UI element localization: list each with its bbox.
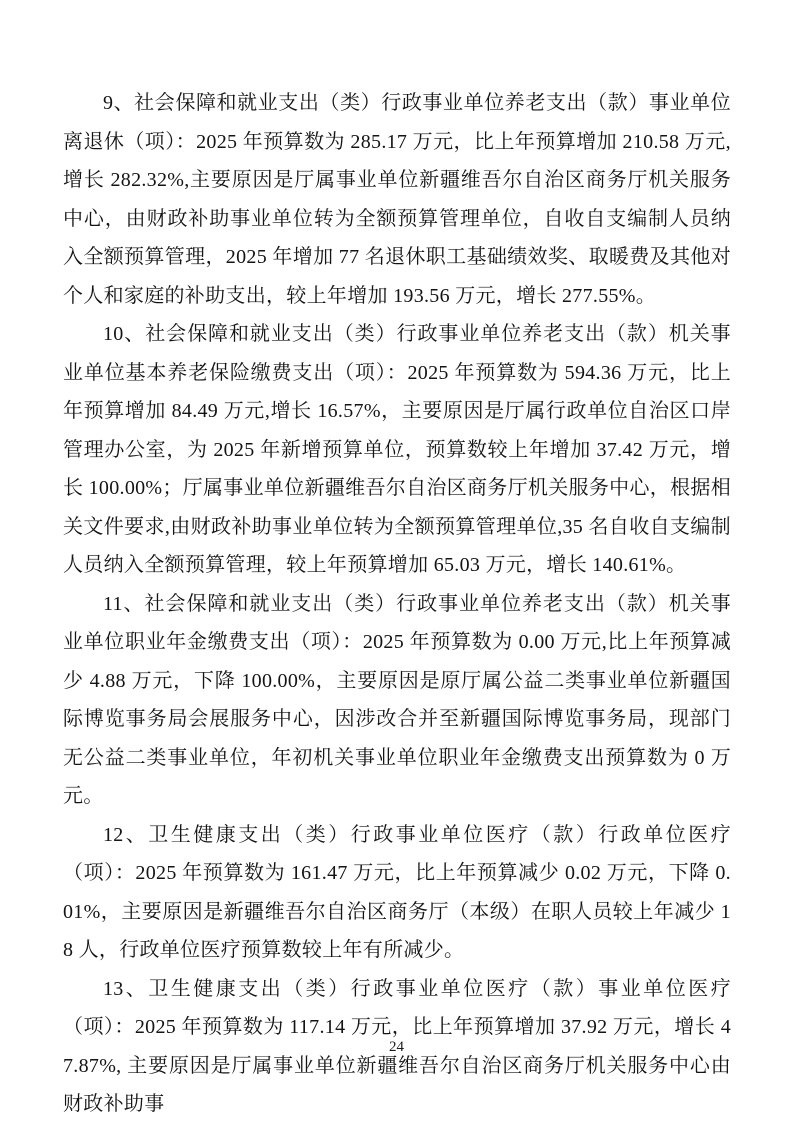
budget-item-11-paragraph: 11、社会保障和就业支出（类）行政事业单位养老支出（款）机关事业单位职业年金缴费… xyxy=(63,585,731,816)
document-page: 9、社会保障和就业支出（类）行政事业单位养老支出（款）事业单位离退休（项）：20… xyxy=(0,0,793,1122)
page-number: 24 xyxy=(0,1039,793,1056)
budget-item-12-paragraph: 12、卫生健康支出（类）行政事业单位医疗（款）行政单位医疗（项）：2025 年预… xyxy=(63,816,731,970)
budget-item-9-paragraph: 9、社会保障和就业支出（类）行政事业单位养老支出（款）事业单位离退休（项）：20… xyxy=(63,84,731,315)
budget-item-10-paragraph: 10、社会保障和就业支出（类）行政事业单位养老支出（款）机关事业单位基本养老保险… xyxy=(63,315,731,585)
document-body: 9、社会保障和就业支出（类）行政事业单位养老支出（款）事业单位离退休（项）：20… xyxy=(63,84,731,1122)
